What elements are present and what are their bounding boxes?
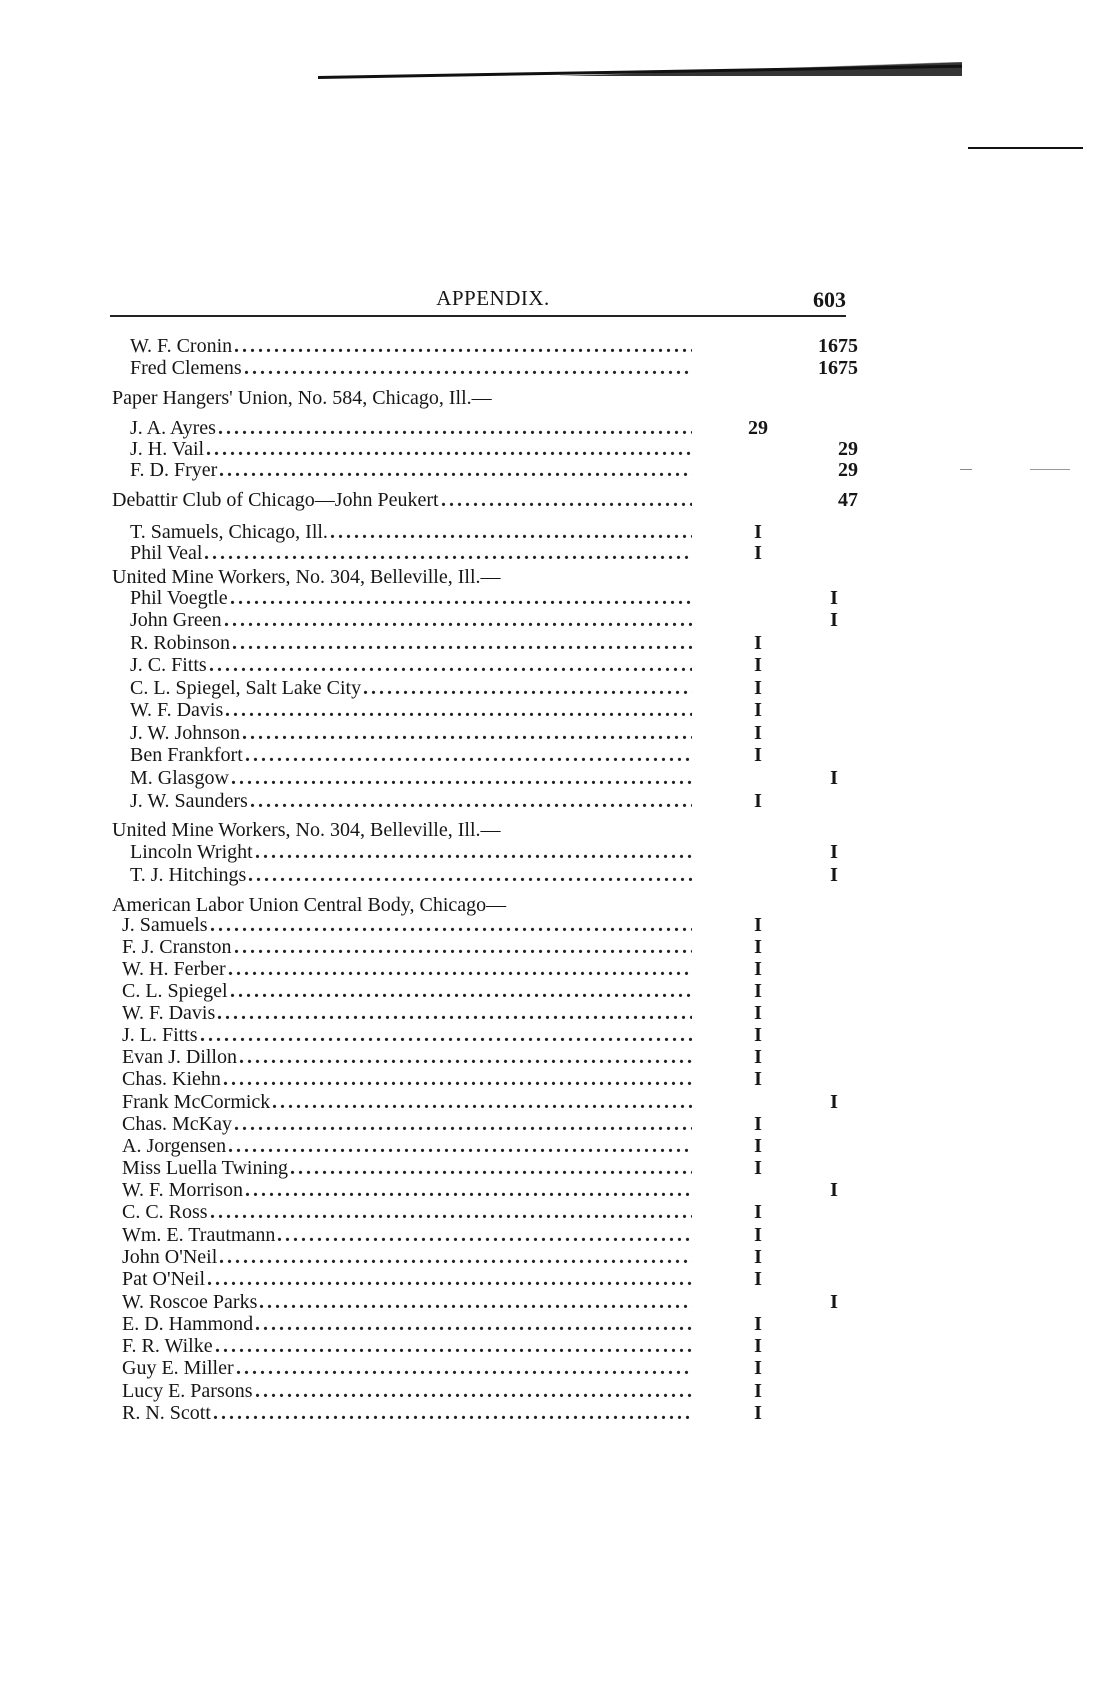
count-column-1: I — [738, 980, 778, 1002]
list-item: W. Roscoe Parks.........................… — [0, 1291, 1100, 1313]
entry-name: Guy E. Miller — [122, 1357, 234, 1379]
heading-text: United Mine Workers, No. 304, Belleville… — [112, 819, 501, 841]
dot-leader: ........................................… — [248, 864, 692, 886]
entry-name: J. W. Saunders — [130, 790, 248, 812]
dot-leader: ........................................… — [200, 1024, 692, 1046]
dot-leader: ........................................… — [239, 1046, 692, 1068]
dot-leader: ........................................… — [363, 677, 692, 699]
dot-leader: ........................................… — [217, 1002, 692, 1024]
entry-name: Ben Frankfort — [130, 744, 243, 766]
dot-leader: ........................................… — [204, 542, 692, 564]
dot-leader: ........................................… — [272, 1091, 692, 1113]
list-item: R. N. Scott.............................… — [0, 1402, 1100, 1424]
entry-name: R. N. Scott — [122, 1402, 211, 1424]
count-column-1: I — [738, 936, 778, 958]
entry-name: W. H. Ferber — [122, 958, 226, 980]
dot-leader: ........................................… — [210, 914, 692, 936]
count-column-2: I — [814, 1179, 854, 1201]
list-item: J. Samuels..............................… — [0, 914, 1100, 936]
count-column-1: I — [738, 958, 778, 980]
count-column-1: I — [738, 521, 778, 543]
count-column-1: I — [738, 677, 778, 699]
dot-leader: ........................................… — [207, 1268, 692, 1290]
entry-name: C. L. Spiegel, Salt Lake City — [130, 677, 361, 699]
heading-text: Debattir Club of Chicago—John Peukert — [112, 489, 439, 511]
page-number: 603 — [813, 287, 846, 313]
section-heading: Debattir Club of Chicago—John Peukert...… — [0, 489, 1100, 511]
count-column-2: 47 — [812, 489, 858, 511]
count-column-1: I — [738, 654, 778, 676]
count-column-1: I — [738, 1357, 778, 1379]
count-column-1: I — [738, 744, 778, 766]
entry-name: Phil Veal — [130, 542, 202, 564]
list-item: John O'Neil.............................… — [0, 1246, 1100, 1268]
dot-leader: ........................................… — [277, 1224, 692, 1246]
list-item: T. J. Hitchings.........................… — [0, 864, 1100, 886]
count-column-2: 29 — [812, 459, 858, 481]
count-column-1: I — [738, 699, 778, 721]
count-column-1: I — [738, 1313, 778, 1335]
count-column-1: I — [738, 1024, 778, 1046]
running-head: APPENDIX. 603 — [110, 286, 846, 320]
list-item: C. L. Spiegel, Salt Lake City...........… — [0, 677, 1100, 699]
list-item: Phil Veal...............................… — [0, 542, 1100, 564]
dot-leader: ........................................… — [234, 335, 692, 357]
scan-artifact-top-wedge-thick — [560, 62, 962, 76]
dot-leader: ........................................… — [224, 609, 692, 631]
entry-name: Chas. McKay — [122, 1113, 232, 1135]
dot-leader: ........................................… — [330, 521, 692, 543]
list-item: W. F. Davis.............................… — [0, 699, 1100, 721]
count-column-1: I — [738, 790, 778, 812]
entry-name: John O'Neil — [122, 1246, 217, 1268]
count-column-1: I — [738, 722, 778, 744]
entry-name: Evan J. Dillon — [122, 1046, 237, 1068]
list-item: Lincoln Wright..........................… — [0, 841, 1100, 863]
entry-name: W. Roscoe Parks — [122, 1291, 257, 1313]
dot-leader: ........................................… — [234, 1113, 692, 1135]
count-column-2: I — [814, 841, 854, 863]
heading-text: Paper Hangers' Union, No. 584, Chicago, … — [112, 387, 492, 409]
list-item: A. Jorgensen............................… — [0, 1135, 1100, 1157]
list-item: J. A. Ayres.............................… — [0, 417, 1100, 439]
count-column-2: 1675 — [812, 357, 858, 379]
count-column-1: I — [738, 1046, 778, 1068]
entry-name: A. Jorgensen — [122, 1135, 226, 1157]
section-heading: Paper Hangers' Union, No. 584, Chicago, … — [0, 387, 1100, 409]
dot-leader: ........................................… — [209, 654, 692, 676]
count-column-1: I — [738, 632, 778, 654]
list-item: Phil Voegtle............................… — [0, 587, 1100, 609]
entry-name: J. H. Vail — [130, 438, 204, 460]
list-item: F. R. Wilke.............................… — [0, 1335, 1100, 1357]
list-item: J. H. Vail..............................… — [0, 438, 1100, 460]
dot-leader: ........................................… — [218, 417, 692, 439]
entry-name: J. C. Fitts — [130, 654, 207, 676]
entry-name: W. F. Cronin — [130, 335, 232, 357]
list-item: C. L. Spiegel...........................… — [0, 980, 1100, 1002]
scan-artifact-right-rule — [968, 147, 1083, 149]
section-heading: American Labor Union Central Body, Chica… — [0, 894, 1100, 916]
entry-name: J. Samuels — [122, 914, 208, 936]
list-item: John Green..............................… — [0, 609, 1100, 631]
list-item: Miss Luella Twining.....................… — [0, 1157, 1100, 1179]
dot-leader: ........................................… — [228, 958, 692, 980]
entry-name: F. R. Wilke — [122, 1335, 213, 1357]
entry-name: C. C. Ross — [122, 1201, 208, 1223]
count-column-1: I — [738, 1135, 778, 1157]
entry-name: T. J. Hitchings — [130, 864, 246, 886]
dot-leader: ........................................… — [232, 632, 692, 654]
dot-leader: ........................................… — [245, 1179, 692, 1201]
count-column-2: 29 — [812, 438, 858, 460]
count-column-2: I — [814, 1091, 854, 1113]
list-item: Pat O'Neil..............................… — [0, 1268, 1100, 1290]
list-item: F. D. Fryer.............................… — [0, 459, 1100, 481]
heading-text: United Mine Workers, No. 304, Belleville… — [112, 566, 501, 588]
count-column-2: I — [814, 864, 854, 886]
list-item: Fred Clemens............................… — [0, 357, 1100, 379]
dot-leader: ........................................… — [210, 1201, 692, 1223]
count-column-1: I — [738, 542, 778, 564]
count-column-2: 1675 — [812, 335, 858, 357]
list-item: W. F. Cronin............................… — [0, 335, 1100, 357]
entry-name: C. L. Spiegel — [122, 980, 228, 1002]
dot-leader: ........................................… — [225, 699, 692, 721]
dot-leader: ........................................… — [215, 1335, 692, 1357]
count-column-1: I — [738, 1268, 778, 1290]
count-column-1: I — [738, 1157, 778, 1179]
count-column-2: I — [814, 1291, 854, 1313]
section-heading: United Mine Workers, No. 304, Belleville… — [0, 566, 1100, 588]
list-item: Chas. McKay.............................… — [0, 1113, 1100, 1135]
list-item: J. C. Fitts.............................… — [0, 654, 1100, 676]
entry-name: W. F. Davis — [122, 1002, 215, 1024]
dot-leader: ........................................… — [230, 587, 692, 609]
list-item: J. W. Johnson...........................… — [0, 722, 1100, 744]
list-item: Evan J. Dillon..........................… — [0, 1046, 1100, 1068]
count-column-1: I — [738, 1402, 778, 1424]
dot-leader: ........................................… — [245, 744, 692, 766]
entry-name: John Green — [130, 609, 222, 631]
list-item: Frank McCormick.........................… — [0, 1091, 1100, 1113]
entry-name: Fred Clemens — [130, 357, 242, 379]
count-column-1: I — [738, 1002, 778, 1024]
dot-leader: ........................................… — [230, 980, 692, 1002]
dot-leader: ........................................… — [219, 459, 692, 481]
count-column-2: I — [814, 587, 854, 609]
count-column-1: I — [738, 1224, 778, 1246]
dot-leader: ........................................… — [234, 936, 692, 958]
list-item: Ben Frankfort...........................… — [0, 744, 1100, 766]
count-column-1: I — [738, 914, 778, 936]
count-column-1: I — [738, 1068, 778, 1090]
entry-name: Phil Voegtle — [130, 587, 228, 609]
entry-name: E. D. Hammond — [122, 1313, 253, 1335]
dot-leader: ........................................… — [242, 722, 692, 744]
list-item: J. L. Fitts.............................… — [0, 1024, 1100, 1046]
entry-name: F. D. Fryer — [130, 459, 217, 481]
list-item: W. F. Morrison..........................… — [0, 1179, 1100, 1201]
dot-leader: ........................................… — [250, 790, 692, 812]
dot-leader: ........................................… — [223, 1068, 692, 1090]
list-item: C. C. Ross..............................… — [0, 1201, 1100, 1223]
count-column-1: I — [738, 1113, 778, 1135]
list-item: Wm. E. Trautmann........................… — [0, 1224, 1100, 1246]
entry-name: Miss Luella Twining — [122, 1157, 288, 1179]
list-item: F. J. Cranston..........................… — [0, 936, 1100, 958]
entry-name: Lucy E. Parsons — [122, 1380, 253, 1402]
dot-leader: ........................................… — [259, 1291, 692, 1313]
count-column-1: I — [738, 1201, 778, 1223]
dot-leader: ........................................… — [244, 357, 692, 379]
entry-name: Frank McCormick — [122, 1091, 270, 1113]
header-rule — [110, 315, 846, 317]
list-item: M. Glasgow..............................… — [0, 767, 1100, 789]
list-item: R. Robinson.............................… — [0, 632, 1100, 654]
dot-leader: ........................................… — [290, 1157, 692, 1179]
dot-leader: ........................................… — [219, 1246, 692, 1268]
entry-name: R. Robinson — [130, 632, 230, 654]
count-column-1: I — [738, 1335, 778, 1357]
dot-leader: ........................................… — [228, 1135, 692, 1157]
dot-leader: ........................................… — [231, 767, 692, 789]
dot-leader: ........................................… — [236, 1357, 692, 1379]
list-item: W. F. Davis.............................… — [0, 1002, 1100, 1024]
count-column-1: 29 — [738, 417, 778, 439]
entry-name: Lincoln Wright — [130, 841, 253, 863]
dot-leader: ........................................… — [441, 489, 692, 511]
entry-name: Chas. Kiehn — [122, 1068, 221, 1090]
running-title: APPENDIX. — [110, 286, 846, 311]
dot-leader: ........................................… — [255, 1380, 692, 1402]
list-item: E. D. Hammond...........................… — [0, 1313, 1100, 1335]
entry-name: J. A. Ayres — [130, 417, 216, 439]
list-item: Lucy E. Parsons.........................… — [0, 1380, 1100, 1402]
entry-name: F. J. Cranston — [122, 936, 232, 958]
entry-name: W. F. Morrison — [122, 1179, 243, 1201]
count-column-1: I — [738, 1246, 778, 1268]
dot-leader: ........................................… — [255, 841, 692, 863]
list-item: J. W. Saunders..........................… — [0, 790, 1100, 812]
dot-leader: ........................................… — [206, 438, 692, 460]
count-column-2: I — [814, 609, 854, 631]
dot-leader: ........................................… — [255, 1313, 692, 1335]
section-heading: United Mine Workers, No. 304, Belleville… — [0, 819, 1100, 841]
entry-name: J. L. Fitts — [122, 1024, 198, 1046]
entry-name: Pat O'Neil — [122, 1268, 205, 1290]
count-column-1: I — [738, 1380, 778, 1402]
entry-name: T. Samuels, Chicago, Ill. — [130, 521, 328, 543]
list-item: Guy E. Miller...........................… — [0, 1357, 1100, 1379]
entry-name: J. W. Johnson — [130, 722, 240, 744]
list-item: T. Samuels, Chicago, Ill................… — [0, 521, 1100, 543]
list-item: Chas. Kiehn.............................… — [0, 1068, 1100, 1090]
entry-name: W. F. Davis — [130, 699, 223, 721]
list-item: W. H. Ferber............................… — [0, 958, 1100, 980]
heading-text: American Labor Union Central Body, Chica… — [112, 894, 506, 916]
entry-name: Wm. E. Trautmann — [122, 1224, 275, 1246]
dot-leader: ........................................… — [213, 1402, 692, 1424]
count-column-2: I — [814, 767, 854, 789]
entry-name: M. Glasgow — [130, 767, 229, 789]
